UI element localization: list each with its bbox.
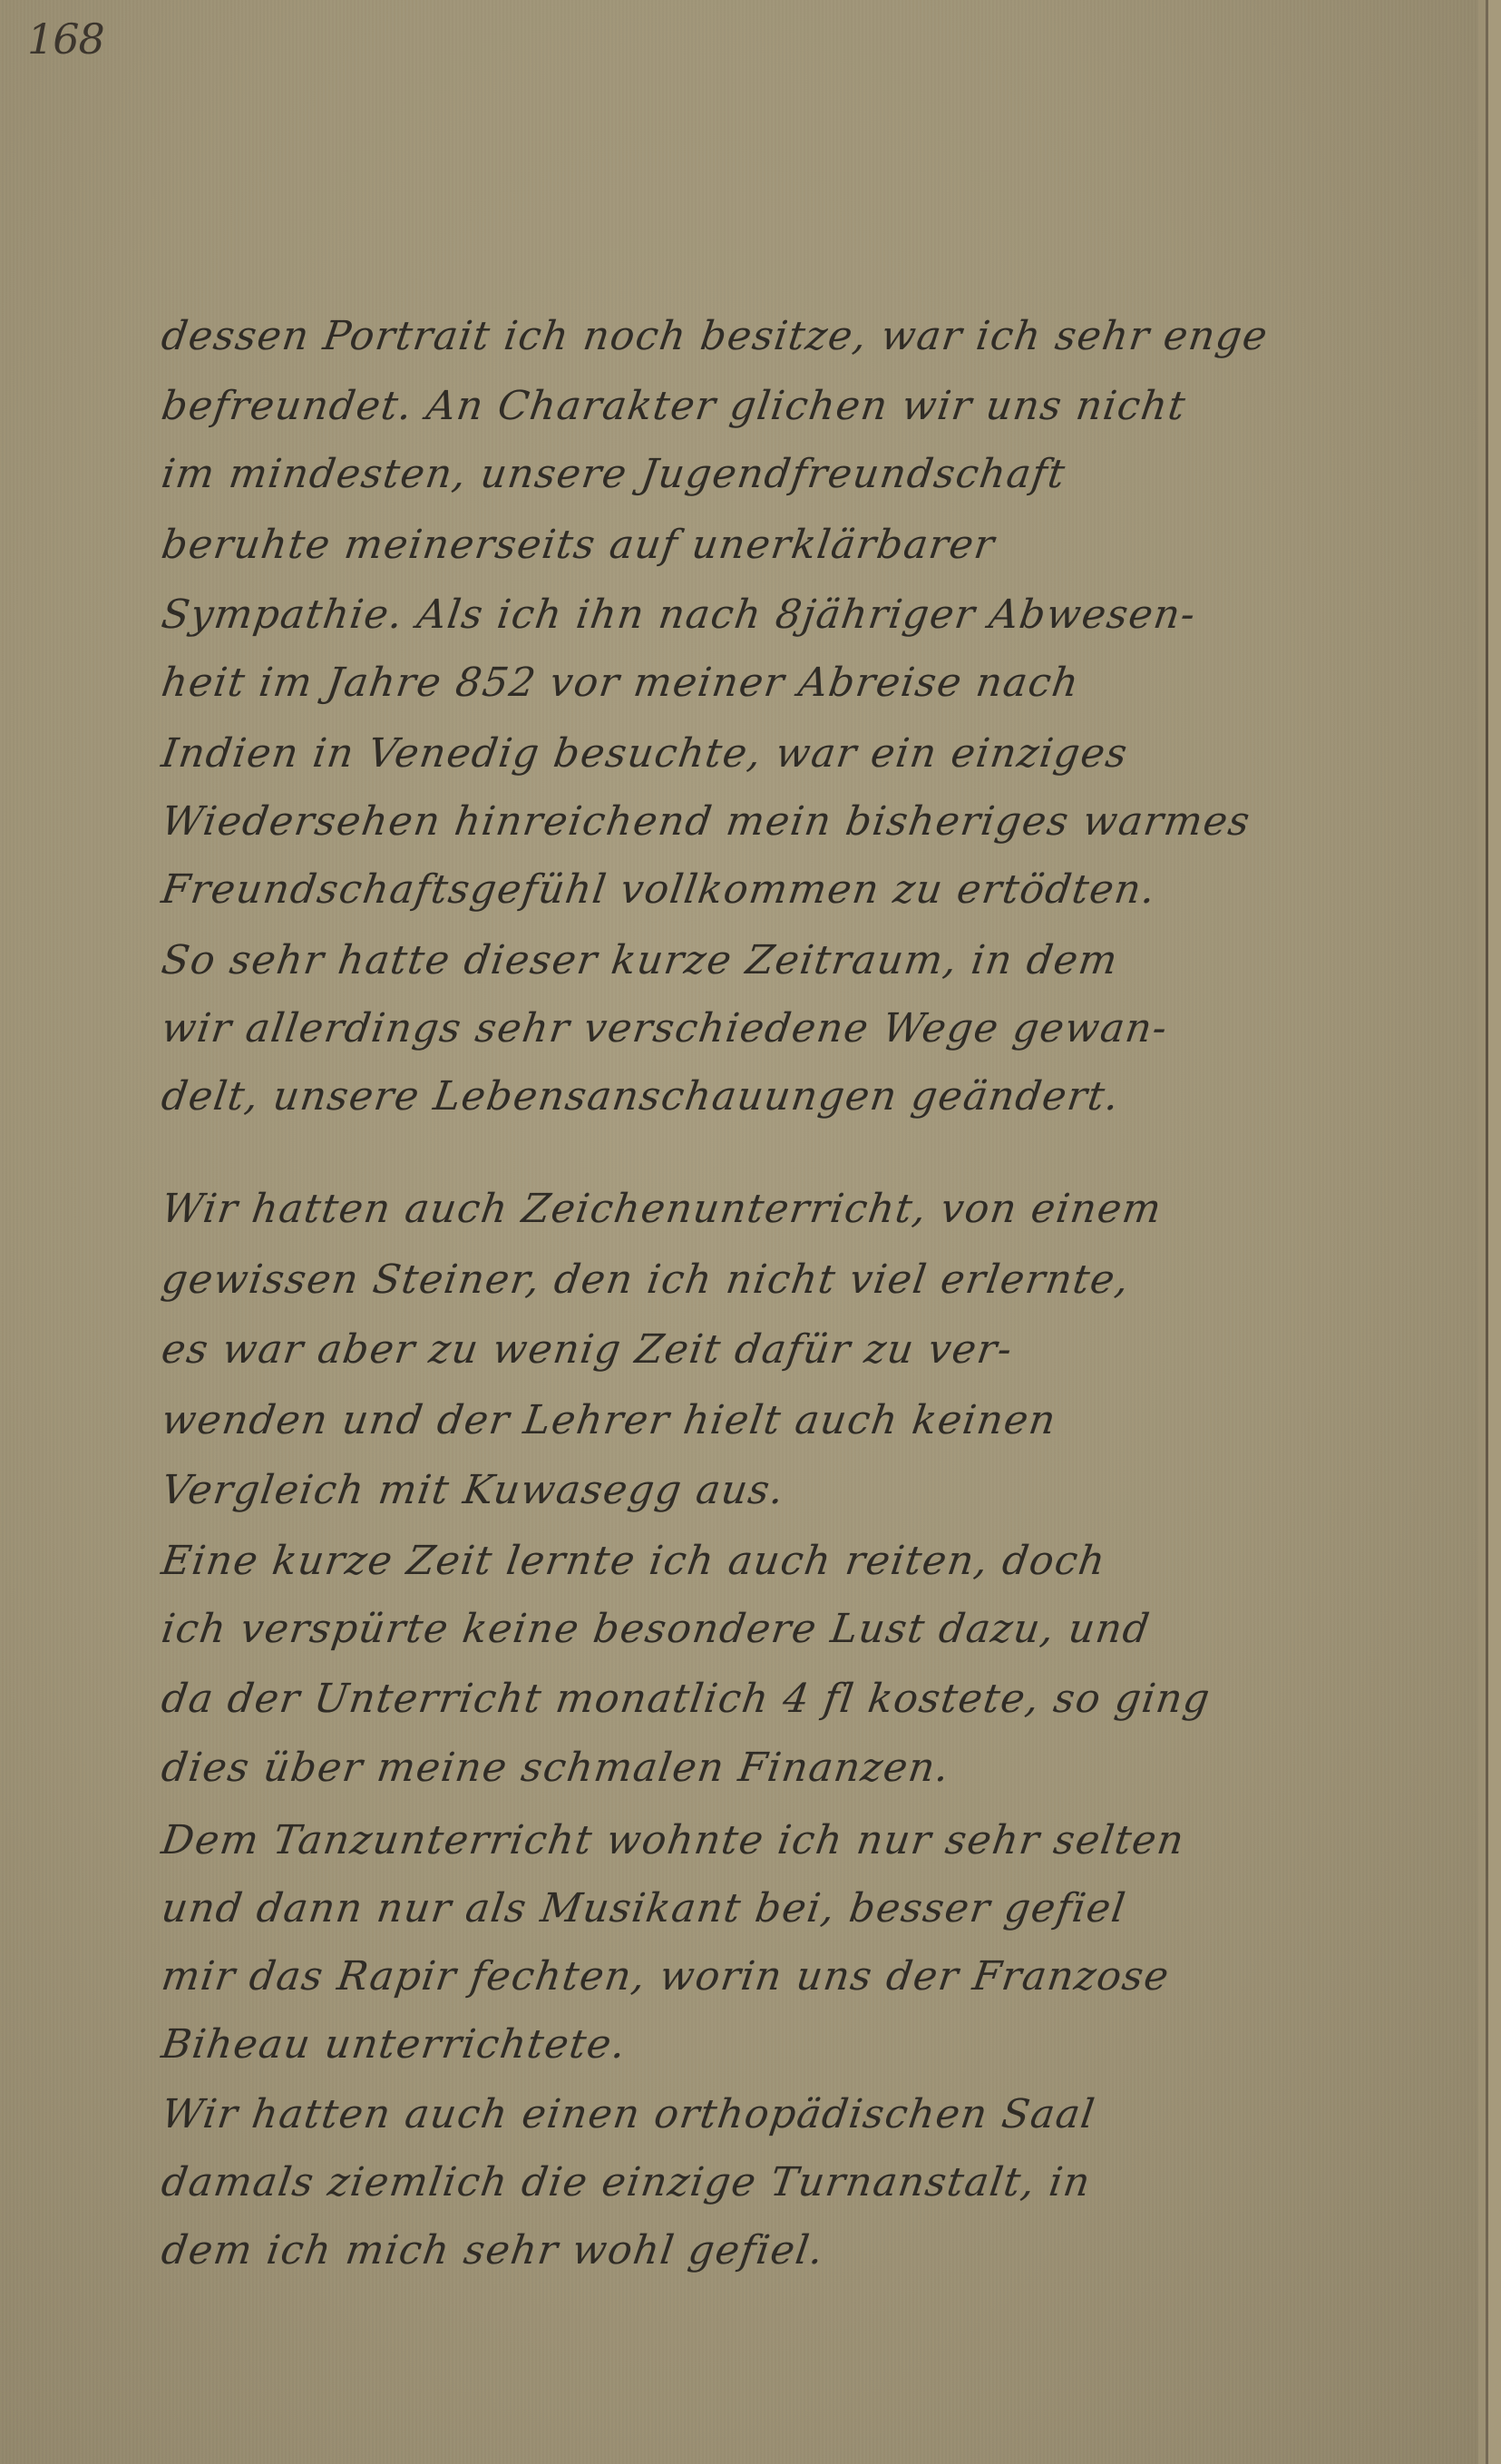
text-line: Dem Tanzunterricht wohnte ich nur sehr s… — [159, 1817, 1188, 1863]
text-line: da der Unterricht monatlich 4 fl kostete… — [159, 1676, 1213, 1722]
text-line: im mindesten, unsere Jugendfreundschaft — [159, 451, 1068, 497]
text-line: mir das Rapir fechten, worin uns der Fra… — [159, 1953, 1173, 2000]
text-line: ich verspürte keine besondere Lust dazu,… — [159, 1606, 1154, 1652]
text-line: befreundet. An Charakter glichen wir uns… — [159, 383, 1189, 429]
text-line: Biheau unterrichtete. — [159, 2021, 629, 2068]
text-line: es war aber zu wenig Zeit dafür zu ver- — [159, 1326, 1016, 1373]
text-line: Eine kurze Zeit lernte ich auch reiten, … — [159, 1538, 1109, 1584]
text-line: delt, unsere Lebensanschauungen geändert… — [159, 1073, 1123, 1120]
text-line: wir allerdings sehr verschiedene Wege ge… — [159, 1005, 1171, 1051]
manuscript-page: 168 dessen Portrait ich noch besitze, wa… — [0, 0, 1478, 2464]
text-line: Indien in Venedig besuchte, war ein einz… — [159, 730, 1131, 777]
text-line: Wir hatten auch einen orthopädischen Saa… — [159, 2091, 1098, 2137]
text-line: beruhte meinerseits auf unerklärbarer — [159, 522, 999, 568]
adjacent-page-strip — [1488, 0, 1501, 2464]
text-line: dessen Portrait ich noch besitze, war ic… — [159, 313, 1272, 359]
text-line: So sehr hatte dieser kurze Zeitraum, in … — [159, 937, 1121, 983]
text-line: damals ziemlich die einzige Turnanstalt,… — [159, 2159, 1094, 2205]
text-line: dem ich mich sehr wohl gefiel. — [159, 2227, 827, 2273]
text-line: Sympathie. Als ich ihn nach 8jähriger Ab… — [159, 592, 1199, 638]
text-line: Vergleich mit Kuwasegg aus. — [159, 1467, 787, 1513]
text-line: Wir hatten auch Zeichenunterricht, von e… — [159, 1186, 1165, 1232]
text-line: heit im Jahre 852 vor meiner Abreise nac… — [159, 660, 1083, 706]
text-line: und dann nur als Musikant bei, besser ge… — [159, 1885, 1129, 1931]
text-line: Freundschaftsgefühl vollkommen zu ertödt… — [159, 866, 1159, 913]
text-line: gewissen Steiner, den ich nicht viel erl… — [159, 1256, 1133, 1303]
text-line: Wiedersehen hinreichend mein bisheriges … — [159, 798, 1253, 845]
page-number: 168 — [27, 15, 104, 64]
text-line: dies über meine schmalen Finanzen. — [159, 1745, 953, 1791]
text-line: wenden und der Lehrer hielt auch keinen — [159, 1397, 1059, 1443]
